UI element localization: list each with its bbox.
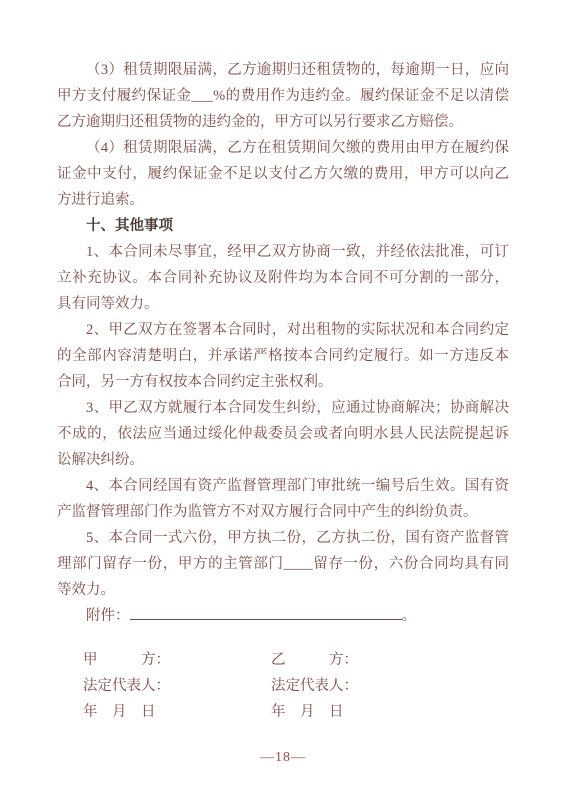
item-1-line: 具有同等效力。 (57, 291, 509, 317)
party-a-label: 甲 方： (83, 647, 271, 673)
attachment-line: 附件：。 (57, 603, 509, 629)
clause-3-line: （3）租赁期限届满，乙方逾期归还租赁物的，每逾期一日，应向 (57, 57, 509, 83)
attachment-label: 附件： (86, 608, 130, 624)
signature-row-legal-rep: 法定代表人： 法定代表人： (57, 673, 509, 699)
clause-4-line: 方进行追索。 (57, 187, 509, 213)
item-1-line: 1、本合同未尽事宜，经甲乙双方协商一致，并经依法批准，可订 (57, 239, 509, 265)
signature-row-date: 年 月 日 年 月 日 (57, 699, 509, 725)
item-4-line: 4、本合同经国有资产监督管理部门审批统一编号后生效。国有资 (57, 473, 509, 499)
clause-3-line: 乙方逾期归还租赁物的违约金的，甲方可以另行要求乙方赔偿。 (57, 109, 509, 135)
clause-4-line: （4）租赁期限届满，乙方在租赁期间欠缴的费用由甲方在履约保 (57, 135, 509, 161)
item-5-line: 5、本合同一式六份，甲方执二份，乙方执二份，国有资产监督管 (57, 525, 509, 551)
contract-document-page: （3）租赁期限届满，乙方逾期归还租赁物的，每逾期一日，应向 甲方支付履约保证金_… (0, 0, 565, 800)
signature-row-party: 甲 方： 乙 方： (57, 647, 509, 673)
item-5-line: 理部门留存一份，甲方的主管部门____留存一份，六份合同均具有同 (57, 551, 509, 577)
legal-rep-b-label: 法定代表人： (271, 673, 471, 699)
attachment-blank-line (130, 604, 402, 620)
item-3-line: 讼解决纠纷。 (57, 447, 509, 473)
signature-block: 甲 方： 乙 方： 法定代表人： 法定代表人： 年 月 日 年 月 日 (57, 647, 509, 725)
item-2-line: 合同，另一方有权按本合同约定主张权利。 (57, 369, 509, 395)
date-a-label: 年 月 日 (83, 699, 271, 725)
attachment-suffix: 。 (402, 608, 417, 624)
clause-4-line: 证金中支付，履约保证金不足以支付乙方欠缴的费用，甲方可以向乙 (57, 161, 509, 187)
item-2-line: 2、甲乙双方在签署本合同时，对出租物的实际状况和本合同约定 (57, 317, 509, 343)
item-4-line: 产监督管理部门作为监管方不对双方履行合同中产生的纠纷负责。 (57, 499, 509, 525)
date-b-label: 年 月 日 (271, 699, 471, 725)
item-3-line: 不成的，依法应当通过绥化仲裁委员会或者向明水县人民法院提起诉 (57, 421, 509, 447)
clause-3-line: 甲方支付履约保证金___%的费用作为违约金。履约保证金不足以清偿 (57, 83, 509, 109)
item-2-line: 的全部内容清楚明白，并承诺严格按本合同约定履行。如一方违反本 (57, 343, 509, 369)
item-1-line: 立补充协议。本合同补充协议及附件均为本合同不可分割的一部分， (57, 265, 509, 291)
section-heading-other-matters: 十、其他事项 (57, 213, 509, 239)
party-b-label: 乙 方： (271, 647, 471, 673)
item-5-line: 等效力。 (57, 577, 509, 603)
page-number: —18— (57, 745, 509, 771)
legal-rep-a-label: 法定代表人： (83, 673, 271, 699)
item-3-line: 3、甲乙双方就履行本合同发生纠纷，应通过协商解决；协商解决 (57, 395, 509, 421)
